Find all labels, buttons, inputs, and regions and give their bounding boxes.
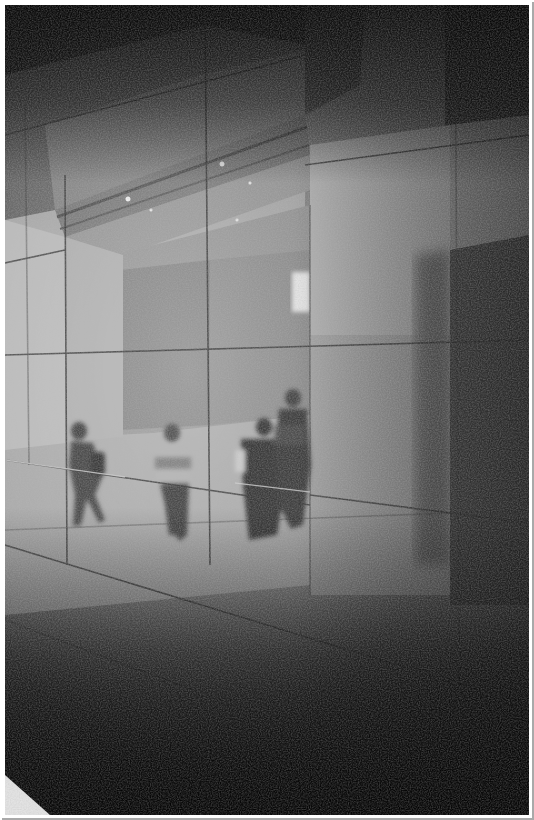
photograph: Black-and-white photograph of people ref… xyxy=(5,5,529,815)
film-grain xyxy=(5,5,529,815)
photo-scene xyxy=(5,5,529,815)
photo-frame: Black-and-white photograph of people ref… xyxy=(0,0,532,818)
